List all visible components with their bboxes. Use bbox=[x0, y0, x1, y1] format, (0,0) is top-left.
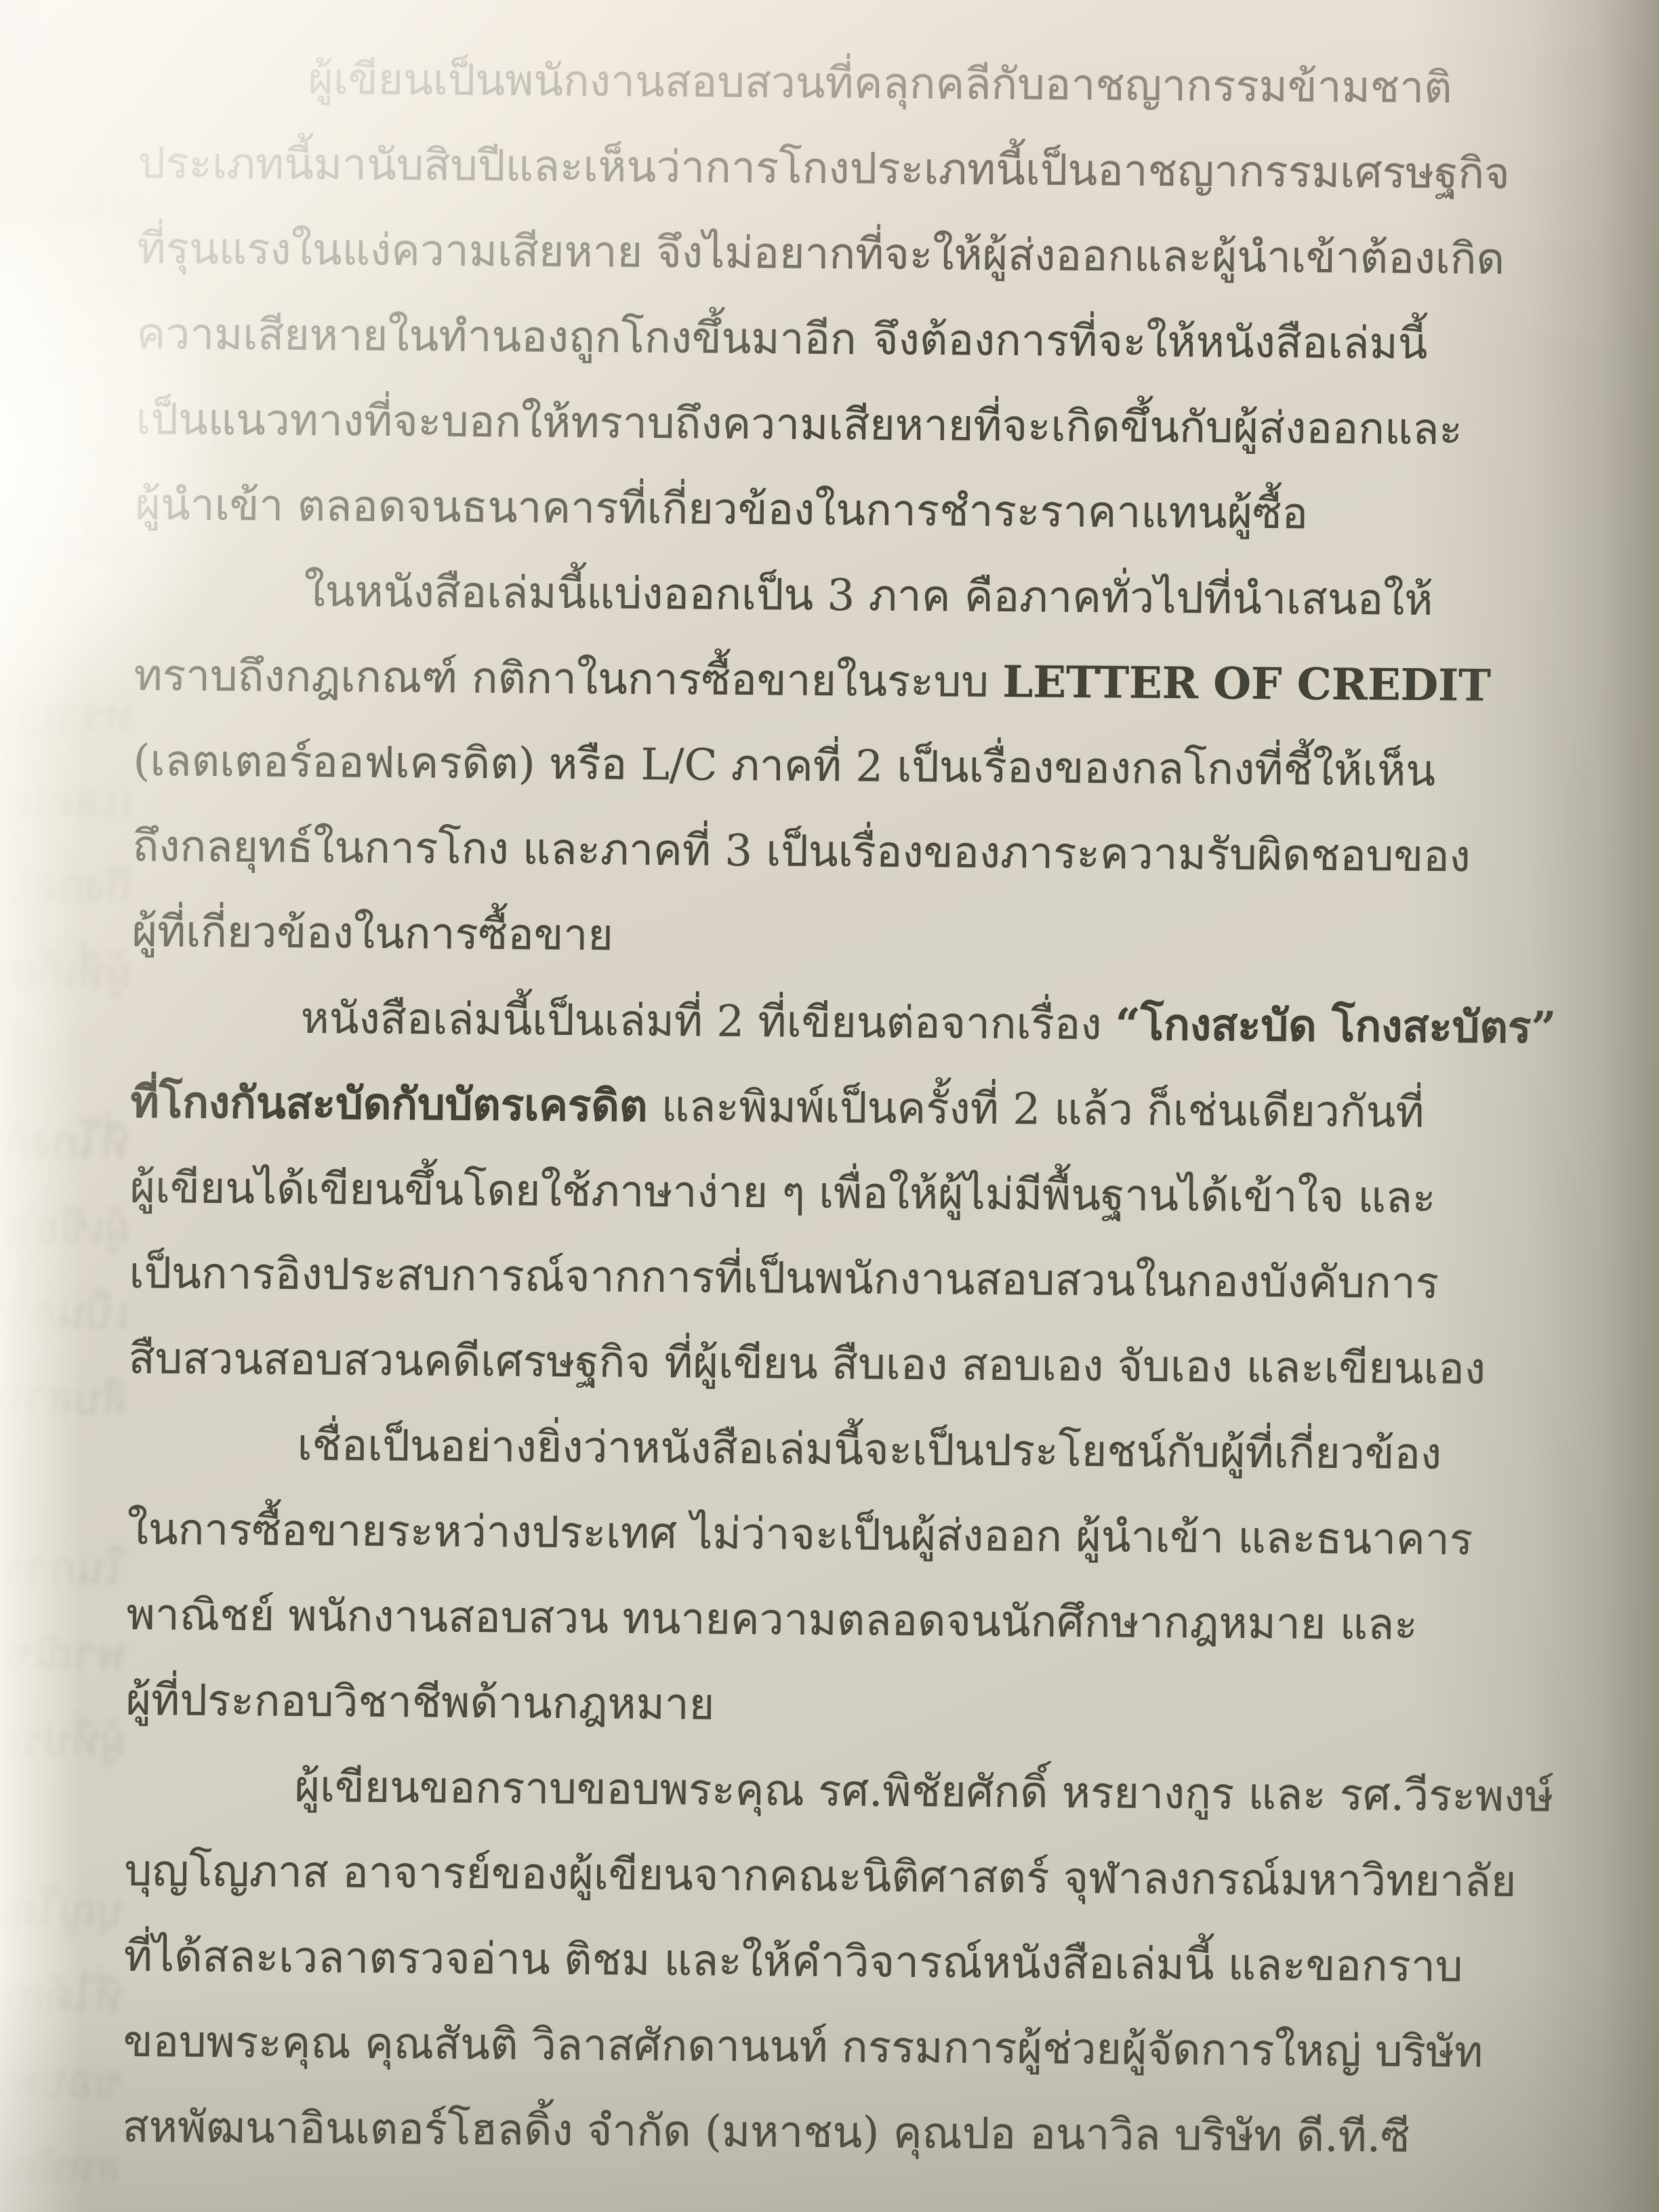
text-segment: ทราบถึงกฎเกณฑ์ กติกาในการซื้อขายในระบบ bbox=[134, 651, 1002, 708]
text-segment: ที่ได้สละเวลาตรวจอ่าน ติชม และให้คำวิจาร… bbox=[123, 1931, 1462, 1992]
text-line: ผู้เขียนได้เขียนขึ้นโดยใช้ภาษาง่าย ๆ เพื… bbox=[129, 1145, 1421, 1241]
text-segment: ที่โกงกันสะบัดกับบัตรเครดิต bbox=[130, 1077, 647, 1132]
text-segment: สหพัฒนาอินเตอร์โฮลดิ้ง จำกัด (มหาชน) คุณ… bbox=[122, 2102, 1410, 2163]
text-segment: ผู้ที่ประกอบวิชาชีพด้านกฎหมาย bbox=[125, 1675, 714, 1730]
text-line: เชื่อเป็นอย่างยิ่งว่าหนังสือเล่มนี้จะเป็… bbox=[127, 1401, 1419, 1497]
text-line: ถึงกลยุทธ์ในการโกง และภาคที่ 3 เป็นเรื่อ… bbox=[132, 804, 1424, 899]
text-line: (เลตเตอร์ออฟเครดิต) หรือ L/C ภาคที่ 2 เป… bbox=[133, 718, 1425, 814]
text-line: ผู้ที่เกี่ยวข้องในการซื้อขาย bbox=[131, 889, 1423, 985]
text-segment: ที่รุนแรงในแง่ความเสียหาย จึงไม่อยากที่จ… bbox=[137, 224, 1504, 285]
text-segment: ผู้เขียนขอกราบขอบพระคุณ รศ.พิชัยศักดิ์ ห… bbox=[294, 1762, 1553, 1822]
text-segment: “โกงสะบัด โกงสะบัตร” bbox=[1115, 999, 1557, 1053]
text-segment: หนังสือเล่มนี้เป็นเล่มที่ 2 ที่เขียนต่อจ… bbox=[300, 994, 1115, 1050]
text-segment: และพิมพ์เป็นครั้งที่ 2 แล้ว ก็เช่นเดียวก… bbox=[647, 1082, 1425, 1138]
text-line: ผู้เขียนขอกราบขอบพระคุณ รศ.พิชัยศักดิ์ ห… bbox=[125, 1743, 1416, 1839]
text-line: หนังสือเล่มนี้เป็นเล่มที่ 2 ที่เขียนต่อจ… bbox=[131, 975, 1422, 1070]
text-segment: ในการซื้อขายระหว่างประเทศ ไม่ว่าจะเป็นผู… bbox=[127, 1504, 1473, 1565]
text-segment: ความเสียหายในทำนองถูกโกงขึ้นมาอีก จึงต้อ… bbox=[136, 309, 1428, 369]
text-line: ขอบพระคุณ คุณสันติ วิลาสศักดานนท์ กรรมกา… bbox=[123, 1999, 1414, 2095]
text-line: สหพัฒนาอินเตอร์โฮลดิ้ง จำกัด (มหาชน) คุณ… bbox=[122, 2085, 1414, 2180]
text-segment: ผู้เขียนเป็นพนักงานสอบสวนที่คลุกคลีกับอา… bbox=[308, 54, 1452, 113]
text-line: ทราบถึงกฎเกณฑ์ กติกาในการซื้อขายในระบบ L… bbox=[134, 633, 1425, 729]
page-text: ผู้เขียนเป็นพนักงานสอบสวนที่คลุกคลีกับอา… bbox=[122, 35, 1430, 2180]
text-segment: เป็นการอิงประสบการณ์จากการที่เป็นพนักงาน… bbox=[129, 1248, 1439, 1309]
text-line: ที่รุนแรงในแง่ความเสียหาย จึงไม่อยากที่จ… bbox=[137, 206, 1429, 302]
text-line: สืบสวนสอบสวนคดีเศรษฐกิจ ที่ผู้เขียน สืบเ… bbox=[128, 1316, 1420, 1412]
text-segment: ผู้ที่เกี่ยวข้องในการซื้อขาย bbox=[131, 907, 613, 961]
text-line: ประเภทนี้มานับสิบปีและเห็นว่าการโกงประเภ… bbox=[138, 121, 1429, 216]
text-line: ในหนังสือเล่มนี้แบ่งออกเป็น 3 ภาค คือภาค… bbox=[134, 548, 1426, 643]
text-line: พาณิชย์ พนักงานสอบสวน ทนายความตลอดจนนักศ… bbox=[126, 1572, 1418, 1668]
text-line: เป็นแนวทางที่จะบอกให้ทราบถึงความเสียหายท… bbox=[136, 377, 1427, 472]
text-segment: ขอบพระคุณ คุณสันติ วิลาสศักดานนท์ กรรมกา… bbox=[123, 2017, 1483, 2078]
text-segment: ผู้เขียนได้เขียนขึ้นโดยใช้ภาษาง่าย ๆ เพื… bbox=[129, 1163, 1435, 1223]
text-segment: ประเภทนี้มานับสิบปีและเห็นว่าการโกงประเภ… bbox=[138, 138, 1510, 199]
text-line: ผู้เขียนเป็นพนักงานสอบสวนที่คลุกคลีกับอา… bbox=[138, 35, 1430, 131]
book-page-photo: ผู้เขียนเป็นพนักงานสอบสวนที่คลุกคลีกับอา… bbox=[0, 0, 1659, 2212]
text-line: ที่ได้สละเวลาตรวจอ่าน ติชม และให้คำวิจาร… bbox=[123, 1914, 1415, 2009]
text-line: ที่โกงกันสะบัดกับบัตรเครดิต และพิมพ์เป็น… bbox=[130, 1060, 1422, 1155]
text-segment: ในหนังสือเล่มนี้แบ่งออกเป็น 3 ภาค คือภาค… bbox=[304, 567, 1433, 626]
text-segment: (เลตเตอร์ออฟเครดิต) หรือ L/C ภาคที่ 2 เป… bbox=[133, 736, 1435, 796]
text-segment: สืบสวนสอบสวนคดีเศรษฐกิจ ที่ผู้เขียน สืบเ… bbox=[128, 1334, 1486, 1395]
text-segment: ผู้นำเข้า ตลอดจนธนาคารที่เกี่ยวข้องในการ… bbox=[135, 480, 1308, 539]
text-segment: พาณิชย์ พนักงานสอบสวน ทนายความตลอดจนนักศ… bbox=[126, 1590, 1418, 1650]
text-segment: บุญโญภาส อาจารย์ของผู้เขียนจากคณะนิติศาส… bbox=[124, 1846, 1516, 1907]
text-line: ในการซื้อขายระหว่างประเทศ ไม่ว่าจะเป็นผู… bbox=[127, 1487, 1418, 1582]
text-line: บุญโญภาส อาจารย์ของผู้เขียนจากคณะนิติศาส… bbox=[124, 1828, 1416, 1924]
text-line: ความเสียหายในทำนองถูกโกงขึ้นมาอีก จึงต้อ… bbox=[136, 291, 1428, 387]
text-segment: ถึงกลยุทธ์ในการโกง และภาคที่ 3 เป็นเรื่อ… bbox=[132, 821, 1471, 882]
text-segment: เป็นแนวทางที่จะบอกให้ทราบถึงความเสียหายท… bbox=[136, 394, 1462, 455]
text-line: เป็นการอิงประสบการณ์จากการที่เป็นพนักงาน… bbox=[129, 1231, 1420, 1326]
text-segment: เชื่อเป็นอย่างยิ่งว่าหนังสือเล่มนี้จะเป็… bbox=[297, 1420, 1441, 1479]
text-segment: LETTER OF CREDIT bbox=[1002, 657, 1491, 712]
text-line: ผู้ที่ประกอบวิชาชีพด้านกฎหมาย bbox=[125, 1658, 1417, 1753]
text-line: ผู้นำเข้า ตลอดจนธนาคารที่เกี่ยวข้องในการ… bbox=[135, 462, 1427, 558]
